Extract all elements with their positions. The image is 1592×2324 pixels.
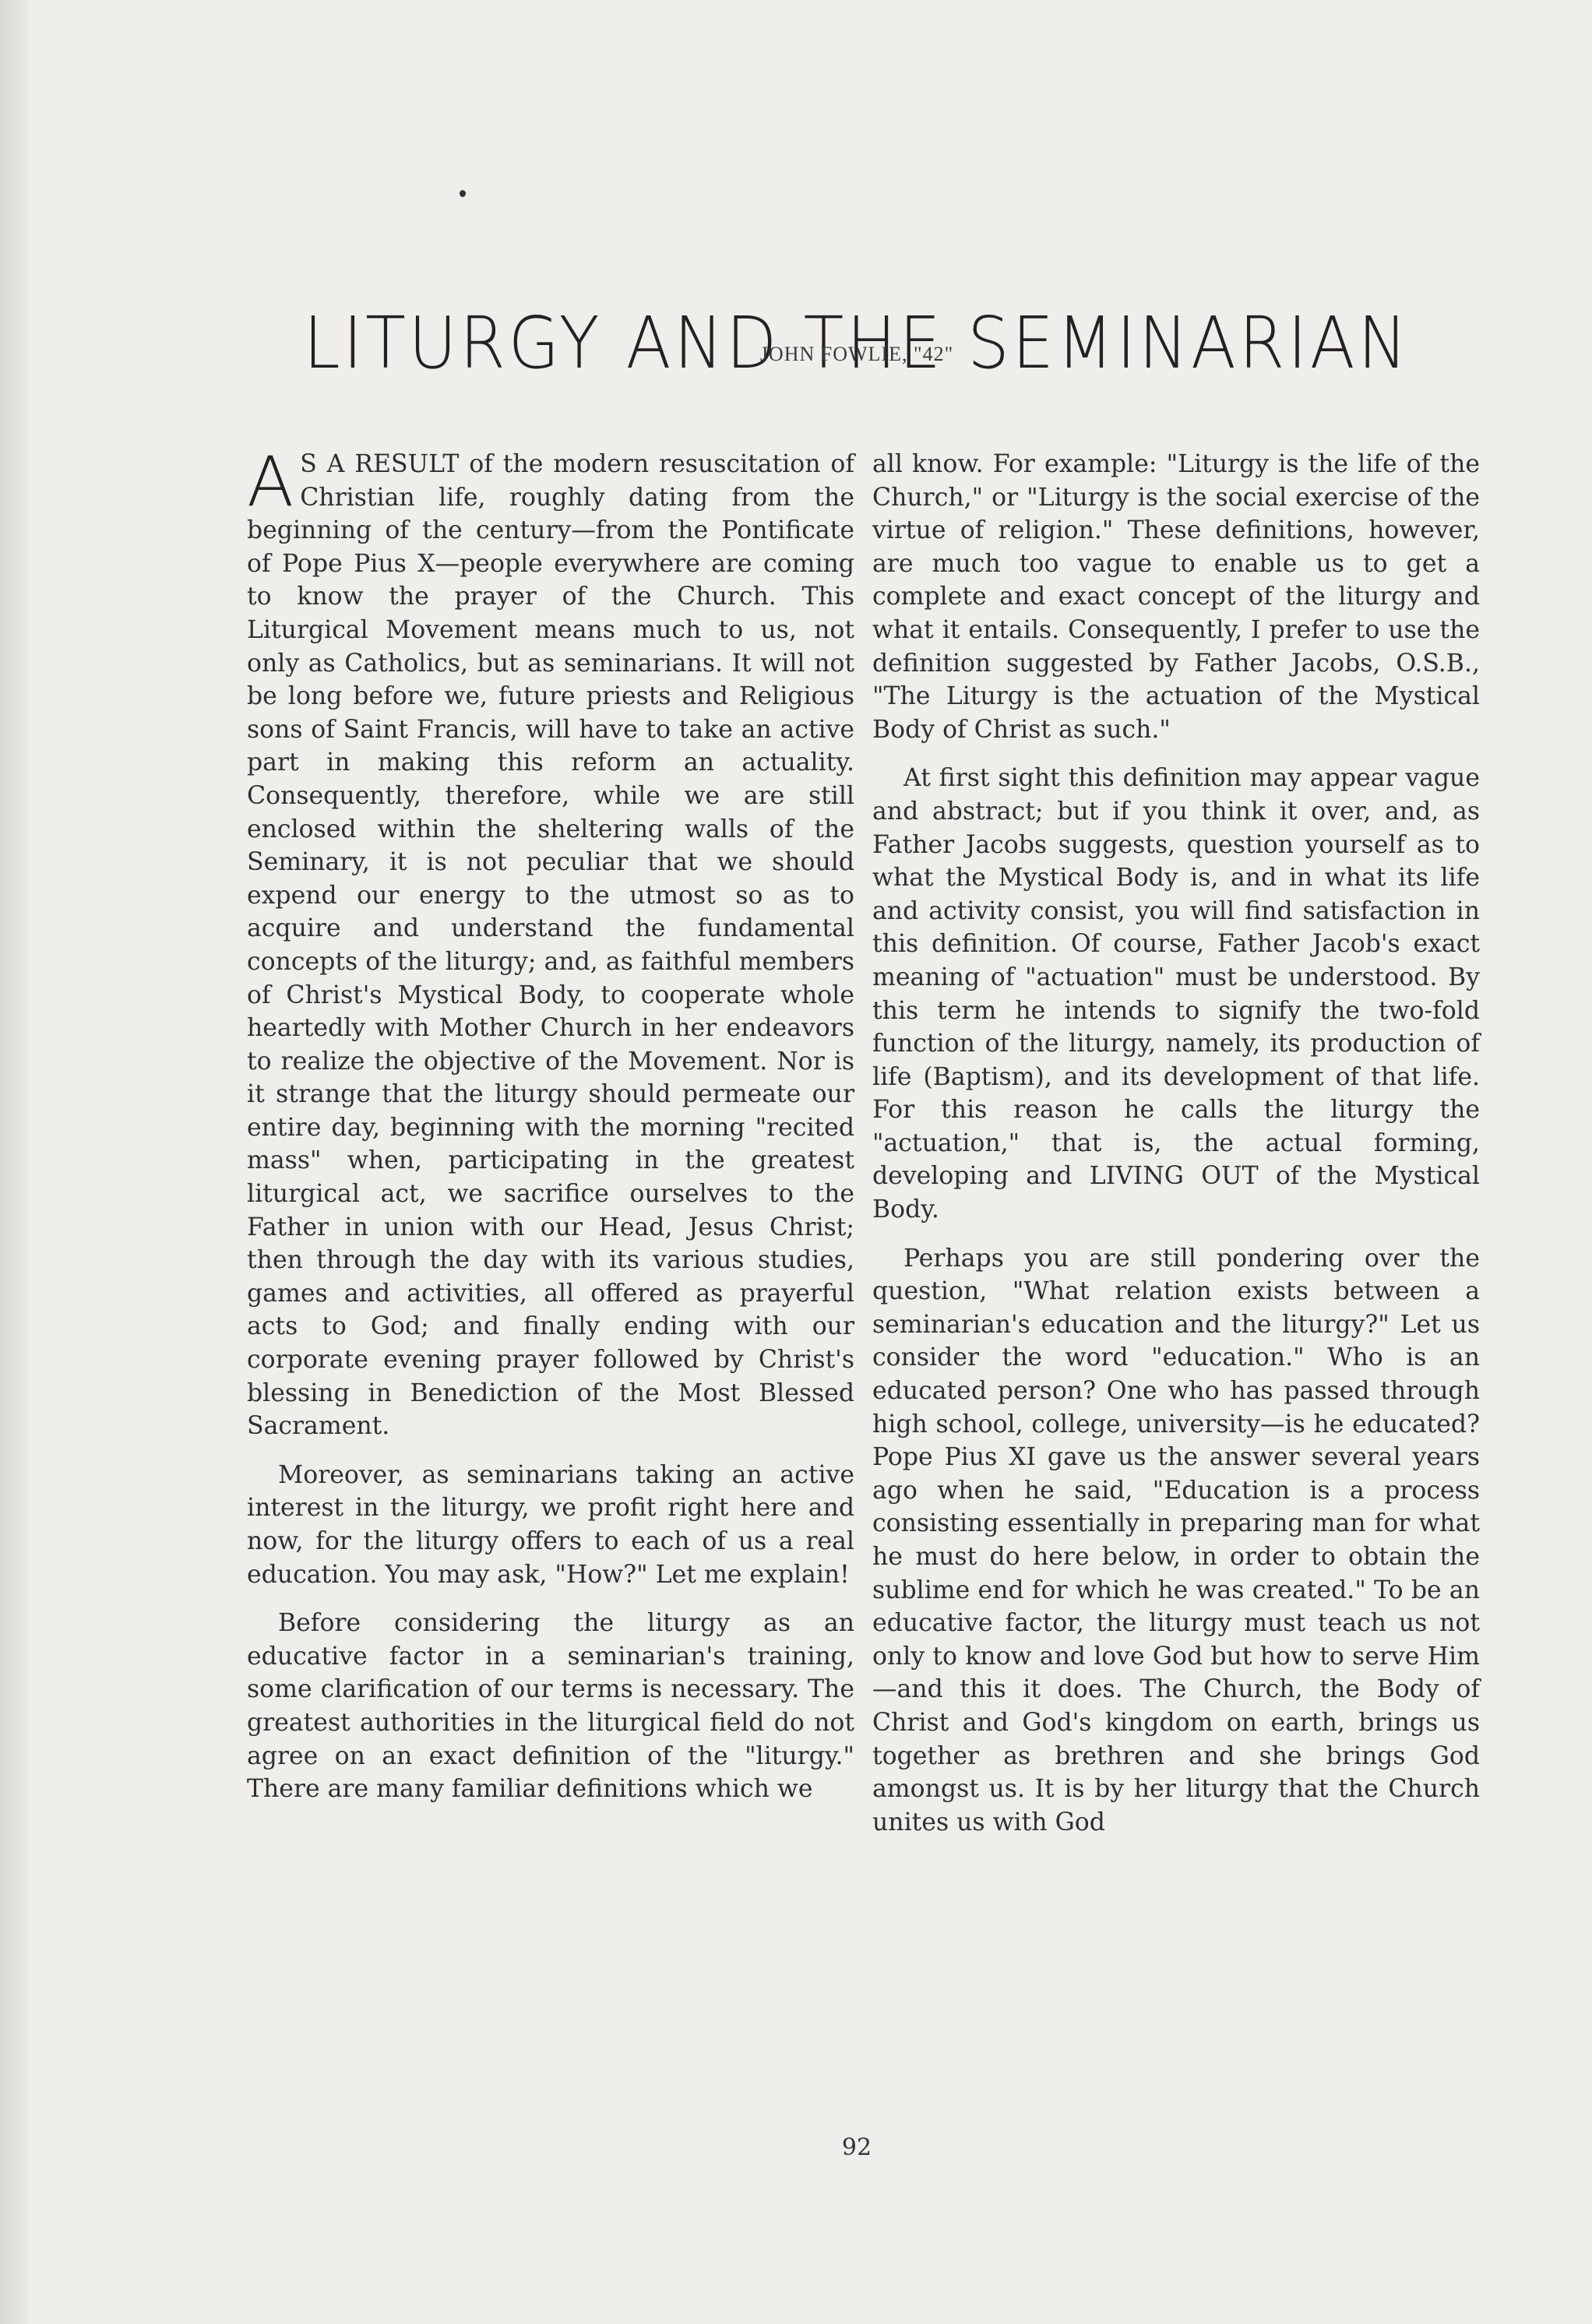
- page-number: 92: [779, 2134, 935, 2161]
- paragraph-2: Moreover, as seminarians taking an activ…: [247, 1459, 854, 1591]
- ink-speck: [460, 190, 466, 197]
- paragraph-3-continued: all know. For example: "Liturgy is the l…: [872, 448, 1480, 746]
- article-byline: JOHN FOWLIE, "42": [234, 343, 1480, 366]
- paragraph-3: Before considering the liturgy as an edu…: [247, 1607, 854, 1806]
- paragraph-5: Perhaps you are still pondering over the…: [872, 1242, 1480, 1840]
- paragraph-1: AS A RESULT of the modern resuscitation …: [247, 448, 854, 1443]
- paragraph-4: At first sight this definition may appea…: [872, 762, 1480, 1226]
- left-column: AS A RESULT of the modern resuscitation …: [247, 448, 854, 1822]
- page-binding-edge: [0, 0, 28, 2324]
- drop-cap: A: [247, 452, 294, 512]
- right-column: all know. For example: "Liturgy is the l…: [872, 448, 1480, 1854]
